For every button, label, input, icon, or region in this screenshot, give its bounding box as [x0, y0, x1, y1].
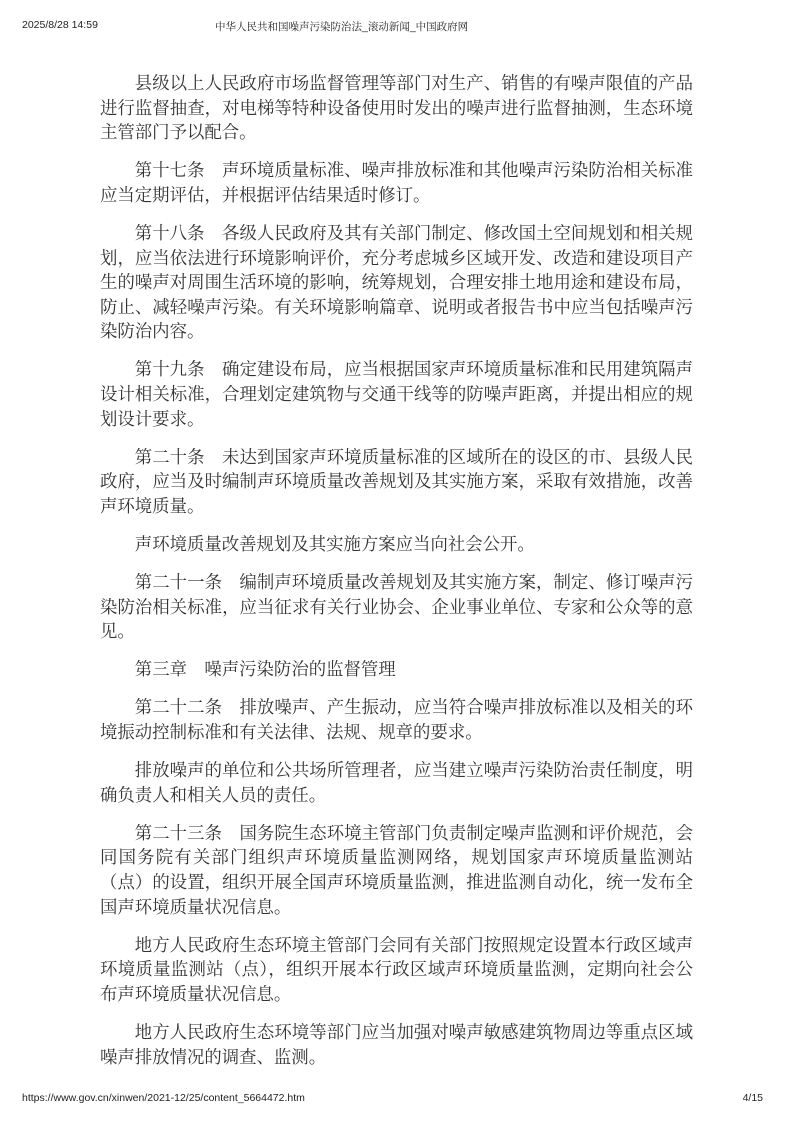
article-22: 第二十二条 排放噪声、产生振动，应当符合噪声排放标准以及相关的环境振动控制标准和… — [100, 696, 693, 745]
article-18: 第十八条 各级人民政府及其有关部门制定、修改国土空间规划和相关规划，应当依法进行… — [100, 222, 693, 345]
print-header: 2025/8/28 14:59 中华人民共和国噪声污染防治法_滚动新闻_中国政府… — [0, 0, 793, 40]
print-footer: https://www.gov.cn/xinwen/2021-12/25/con… — [0, 1085, 793, 1115]
paragraph-county-market-supervision: 县级以上人民政府市场监督管理等部门对生产、销售的有噪声限值的产品进行监督抽查，对… — [100, 72, 693, 146]
article-17: 第十七条 声环境质量标准、噪声排放标准和其他噪声污染防治相关标准应当定期评估，并… — [100, 159, 693, 208]
page-title: 中华人民共和国噪声污染防治法_滚动新闻_中国政府网 — [215, 19, 468, 34]
chapter-3-heading: 第三章 噪声污染防治的监督管理 — [100, 658, 693, 683]
page-number: 4/15 — [743, 1092, 763, 1104]
article-23: 第二十三条 国务院生态环境主管部门负责制定噪声监测和评价规范，会同国务院有关部门… — [100, 822, 693, 920]
article-body: 县级以上人民政府市场监督管理等部门对生产、销售的有噪声限值的产品进行监督抽查，对… — [100, 72, 693, 1084]
article-21: 第二十一条 编制声环境质量改善规划及其实施方案，制定、修订噪声污染防治相关标准，… — [100, 571, 693, 645]
article-23-key-areas: 地方人民政府生态环境等部门应当加强对噪声敏感建筑物周边等重点区域噪声排放情况的调… — [100, 1021, 693, 1070]
article-22-responsibility: 排放噪声的单位和公共场所管理者，应当建立噪声污染防治责任制度，明确负责人和相关人… — [100, 759, 693, 808]
article-19: 第十九条 确定建设布局，应当根据国家声环境质量标准和民用建筑隔声设计相关标准，合… — [100, 358, 693, 432]
article-20-public-disclosure: 声环境质量改善规划及其实施方案应当向社会公开。 — [100, 533, 693, 558]
article-20: 第二十条 未达到国家声环境质量标准的区域所在的设区的市、县级人民政府，应当及时编… — [100, 446, 693, 520]
print-datetime: 2025/8/28 14:59 — [22, 19, 98, 31]
source-url: https://www.gov.cn/xinwen/2021-12/25/con… — [22, 1092, 305, 1104]
article-23-local-monitoring: 地方人民政府生态环境主管部门会同有关部门按照规定设置本行政区域声环境质量监测站（… — [100, 934, 693, 1008]
